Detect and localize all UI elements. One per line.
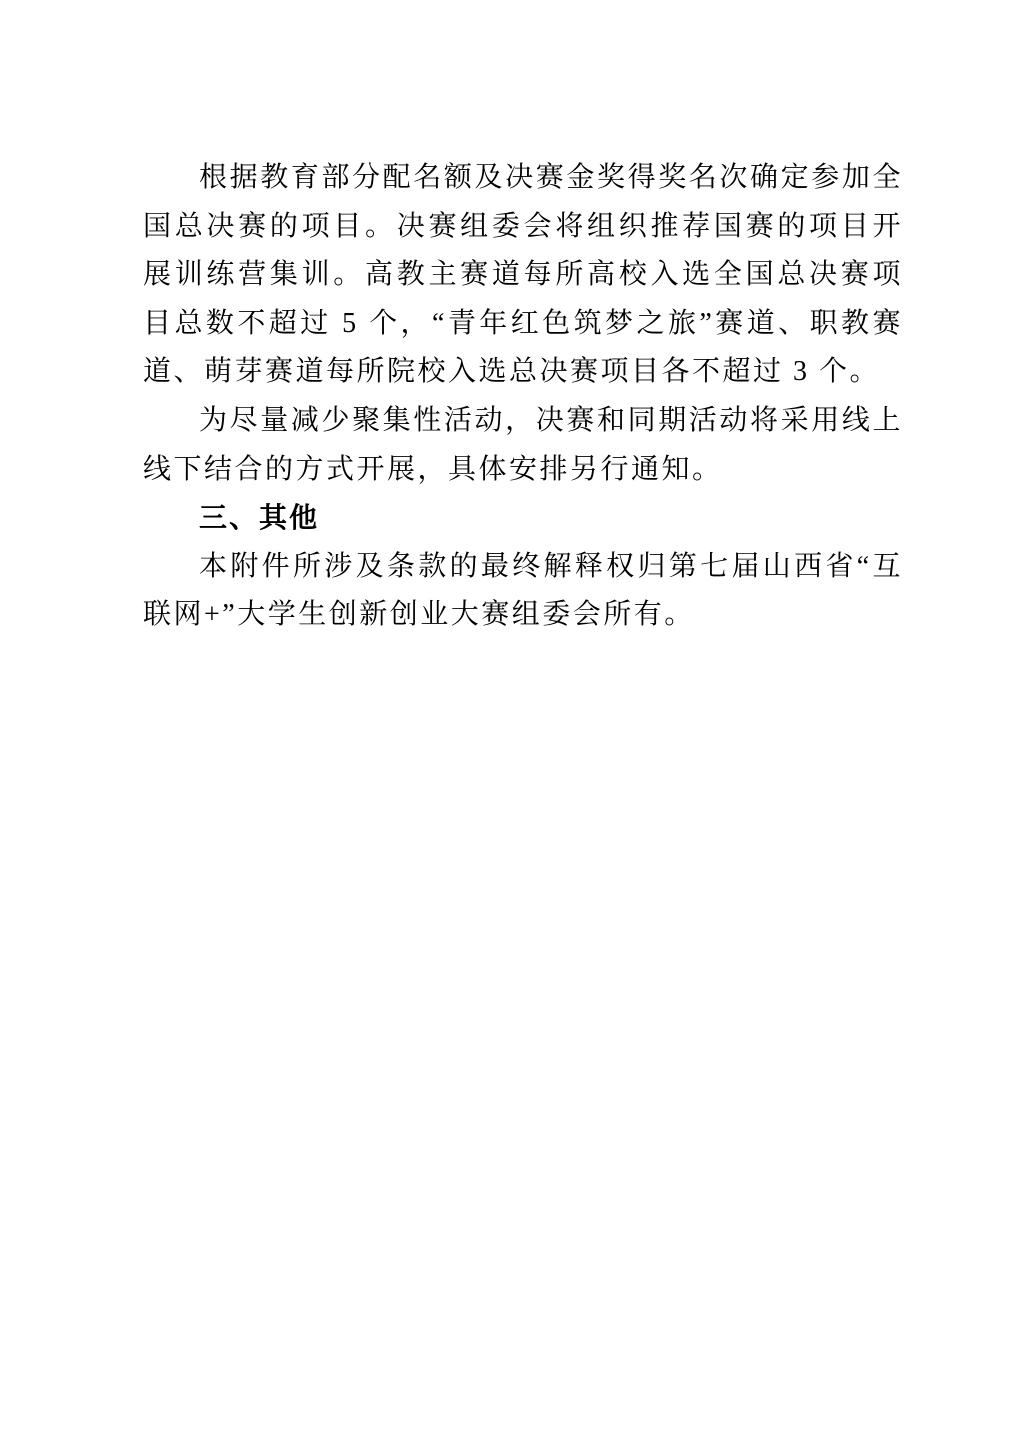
- paragraph-online-offline-format: 为尽量减少聚集性活动，决赛和同期活动将采用线上线下结合的方式开展，具体安排另行通…: [143, 397, 903, 494]
- document-page: 根据教育部分配名额及决赛金奖得奖名次确定参加全国总决赛的项目。决赛组委会将组织推…: [0, 0, 1024, 1448]
- paragraph-national-final-selection: 根据教育部分配名额及决赛金奖得奖名次确定参加全国总决赛的项目。决赛组委会将组织推…: [143, 154, 903, 397]
- document-content: 根据教育部分配名额及决赛金奖得奖名次确定参加全国总决赛的项目。决赛组委会将组织推…: [143, 154, 903, 640]
- section-heading-other: 三、其他: [143, 494, 903, 543]
- paragraph-interpretation-rights: 本附件所涉及条款的最终解释权归第七届山西省“互联网+”大学生创新创业大赛组委会所…: [143, 543, 903, 640]
